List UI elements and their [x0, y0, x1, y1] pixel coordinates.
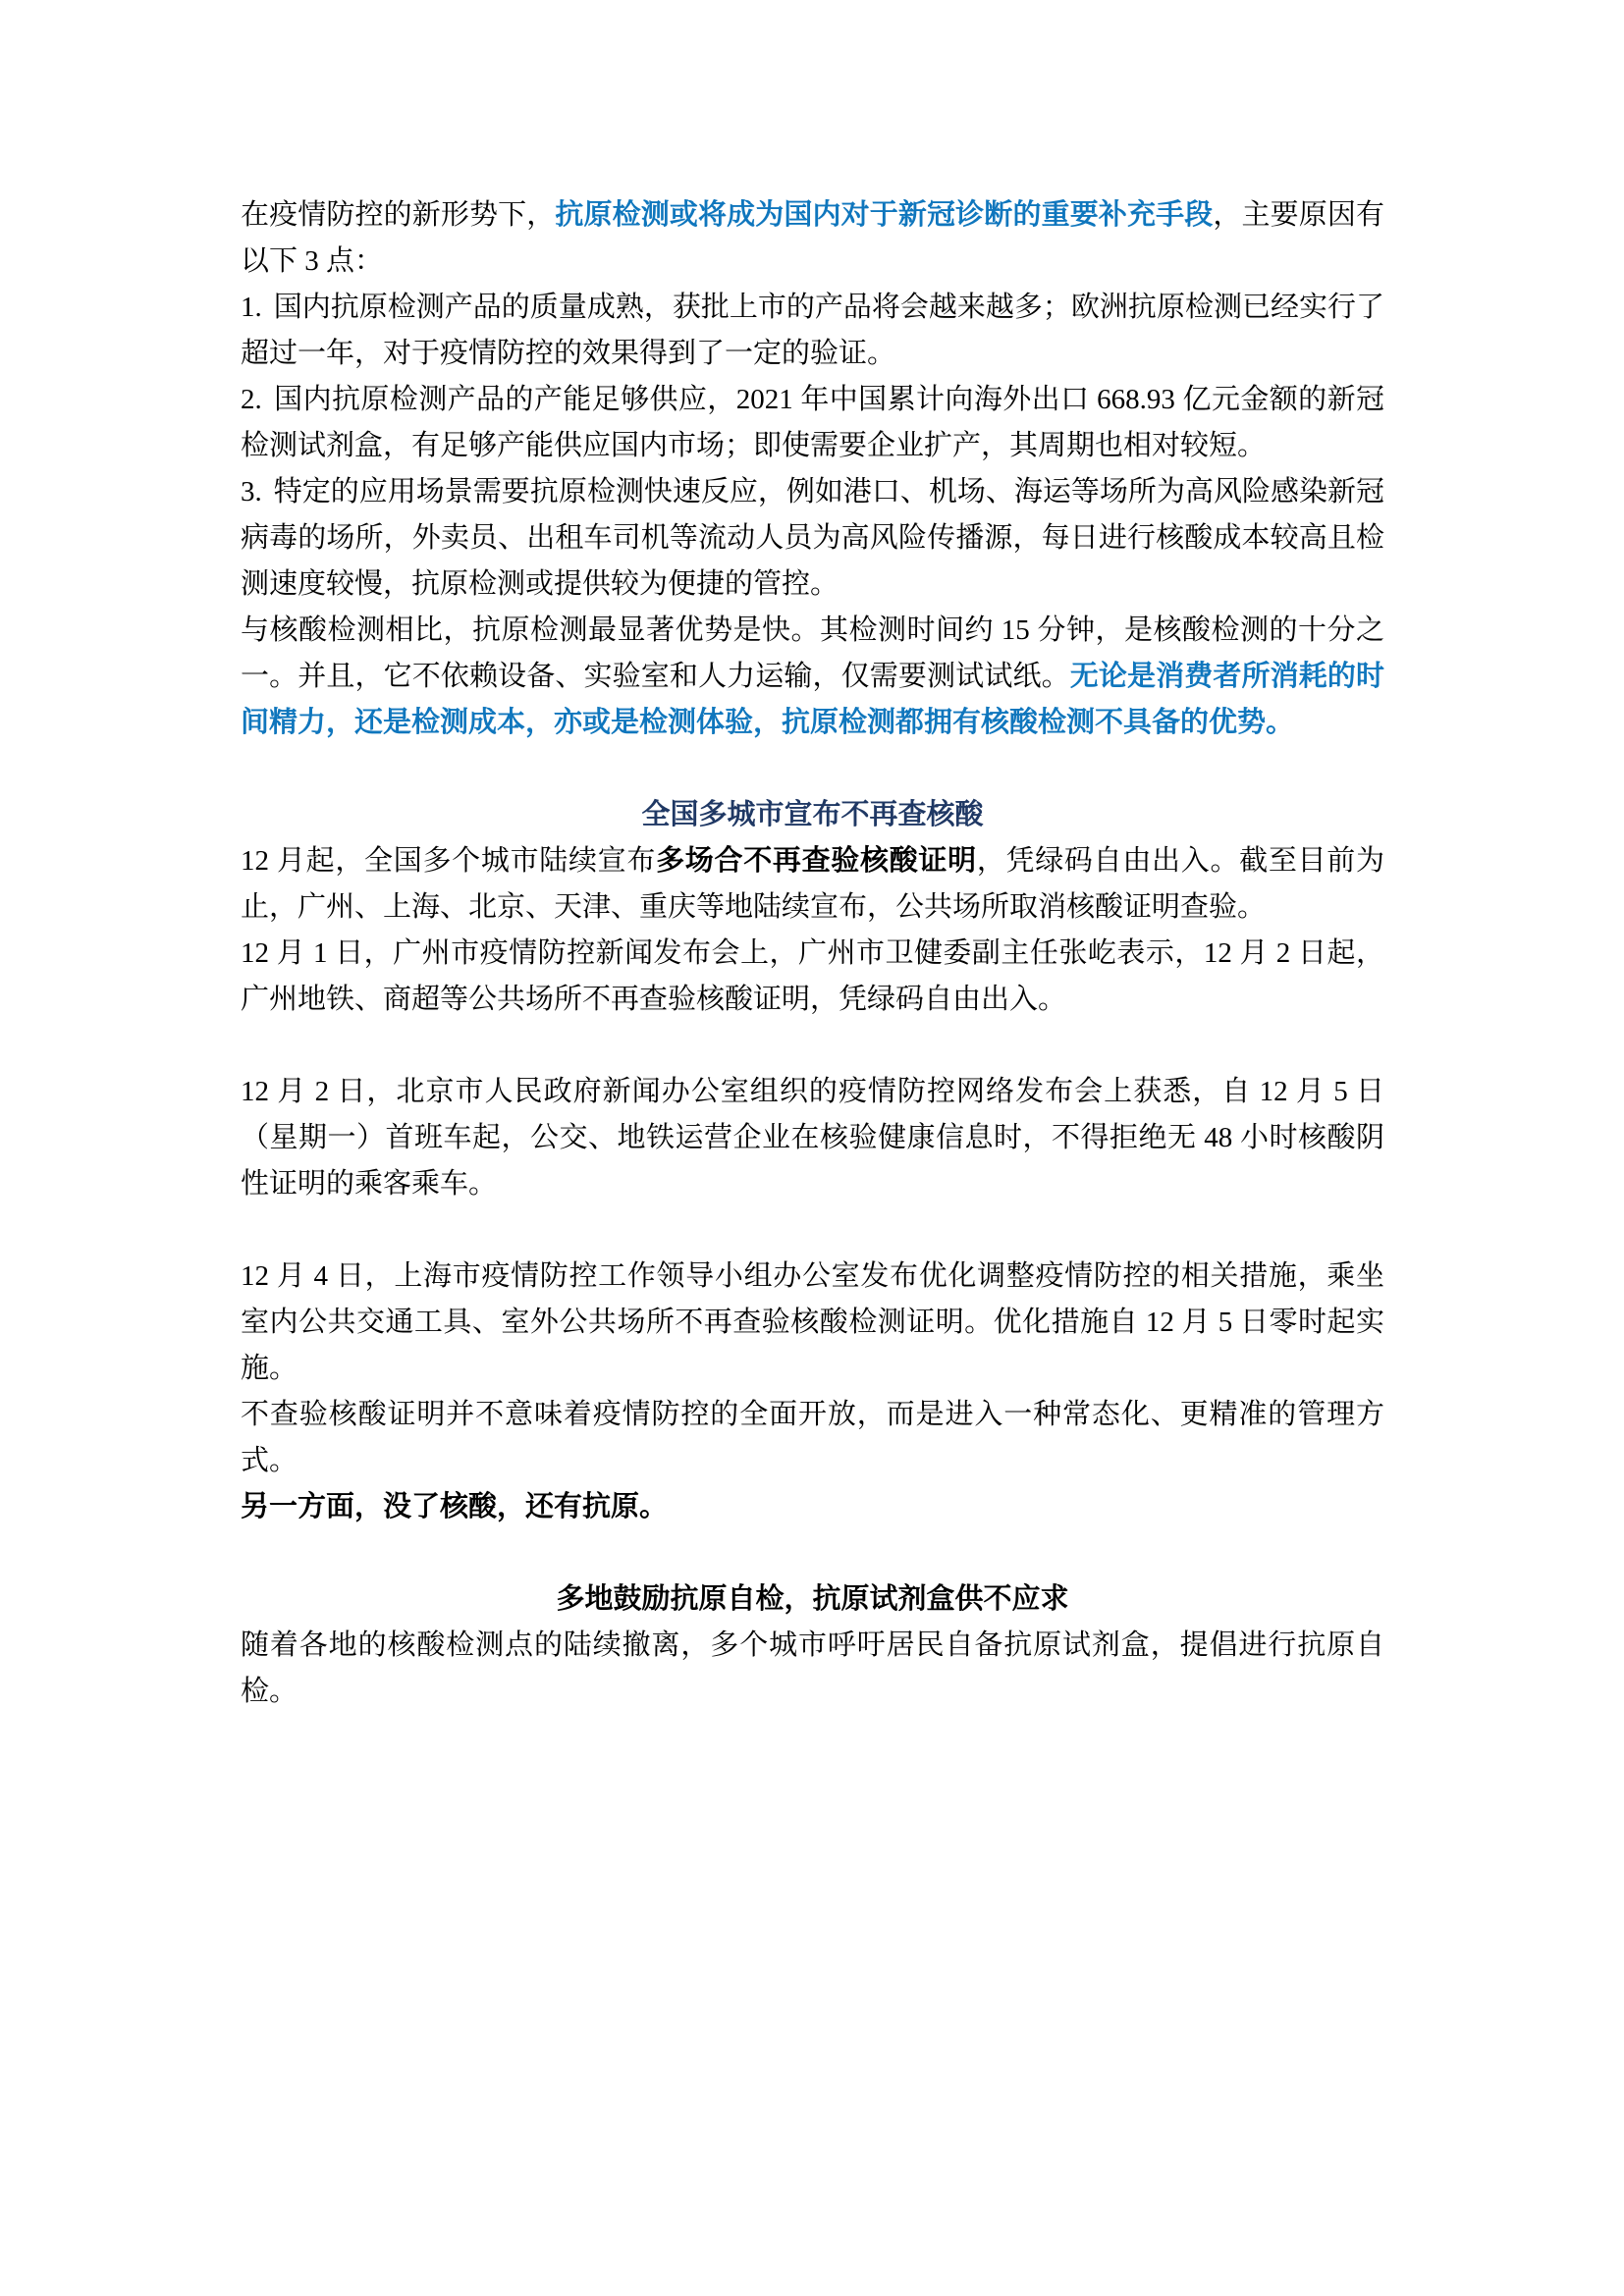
list-item-1: 1.国内抗原检测产品的质量成熟，获批上市的产品将会越来越多；欧洲抗原检测已经实行…	[241, 285, 1384, 377]
speed-comparison-paragraph: 与核酸检测相比，抗原检测最显著优势是快。其检测时间约 15 分钟，是核酸检测的十…	[241, 608, 1384, 746]
list-item-1-marker: 1.	[241, 285, 274, 331]
self-test-text: 随着各地的核酸检测点的陆续撤离，多个城市呼吁居民自备抗原试剂盒，提倡进行抗原自检…	[241, 1629, 1384, 1707]
self-test-paragraph: 随着各地的核酸检测点的陆续撤离，多个城市呼吁居民自备抗原试剂盒，提倡进行抗原自检…	[241, 1623, 1384, 1715]
shanghai-paragraph: 12 月 4 日，上海市疫情防控工作领导小组办公室发布优化调整疫情防控的相关措施…	[241, 1254, 1384, 1392]
antigen-remains-paragraph: 另一方面，没了核酸，还有抗原。	[241, 1484, 1384, 1530]
normalized-management-paragraph: 不查验核酸证明并不意味着疫情防控的全面开放，而是进入一种常态化、更精准的管理方式…	[241, 1392, 1384, 1484]
antigen-remains-text: 另一方面，没了核酸，还有抗原。	[241, 1491, 668, 1522]
guangzhou-text: 12 月 1 日，广州市疫情防控新闻发布会上，广州市卫健委副主任张屹表示，12 …	[241, 937, 1384, 1015]
list-item-3: 3.特定的应用场景需要抗原检测快速反应，例如港口、机场、海运等场所为高风险感染新…	[241, 469, 1384, 608]
blank-line	[241, 746, 1384, 792]
intro-lead-text: 在疫情防控的新形势下，	[241, 199, 555, 231]
blank-line	[241, 1207, 1384, 1254]
section-heading-antigen-self-test: 多地鼓励抗原自检，抗原试剂盒供不应求	[241, 1576, 1384, 1623]
list-item-3-marker: 3.	[241, 469, 274, 515]
beijing-paragraph: 12 月 2 日，北京市人民政府新闻办公室组织的疫情防控网络发布会上获悉，自 1…	[241, 1069, 1384, 1207]
intro-paragraph: 在疫情防控的新形势下，抗原检测或将成为国内对于新冠诊断的重要补充手段，主要原因有…	[241, 192, 1384, 285]
normalized-management-text: 不查验核酸证明并不意味着疫情防控的全面开放，而是进入一种常态化、更精准的管理方式…	[241, 1399, 1384, 1476]
december-bold-text: 多场合不再查验核酸证明	[656, 845, 977, 877]
list-item-1-text: 国内抗原检测产品的质量成熟，获批上市的产品将会越来越多；欧洲抗原检测已经实行了超…	[241, 292, 1384, 369]
section-heading-no-more-nat-checks: 全国多城市宣布不再查核酸	[241, 792, 1384, 838]
december-announcement-paragraph: 12 月起，全国多个城市陆续宣布多场合不再查验核酸证明，凭绿码自由出入。截至目前…	[241, 838, 1384, 931]
list-item-2-marker: 2.	[241, 377, 274, 423]
list-item-2: 2.国内抗原检测产品的产能足够供应，2021 年中国累计向海外出口 668.93…	[241, 377, 1384, 469]
blank-line	[241, 1530, 1384, 1576]
list-item-3-text: 特定的应用场景需要抗原检测快速反应，例如港口、机场、海运等场所为高风险感染新冠病…	[241, 476, 1384, 600]
list-item-2-text: 国内抗原检测产品的产能足够供应，2021 年中国累计向海外出口 668.93 亿…	[241, 384, 1384, 461]
intro-highlight-text: 抗原检测或将成为国内对于新冠诊断的重要补充手段	[555, 199, 1213, 231]
document-page: 在疫情防控的新形势下，抗原检测或将成为国内对于新冠诊断的重要补充手段，主要原因有…	[0, 0, 1624, 2296]
december-lead-text: 12 月起，全国多个城市陆续宣布	[241, 845, 656, 877]
blank-line	[241, 1023, 1384, 1069]
guangzhou-paragraph: 12 月 1 日，广州市疫情防控新闻发布会上，广州市卫健委副主任张屹表示，12 …	[241, 931, 1384, 1023]
shanghai-text: 12 月 4 日，上海市疫情防控工作领导小组办公室发布优化调整疫情防控的相关措施…	[241, 1260, 1384, 1384]
beijing-text: 12 月 2 日，北京市人民政府新闻办公室组织的疫情防控网络发布会上获悉，自 1…	[241, 1076, 1384, 1200]
